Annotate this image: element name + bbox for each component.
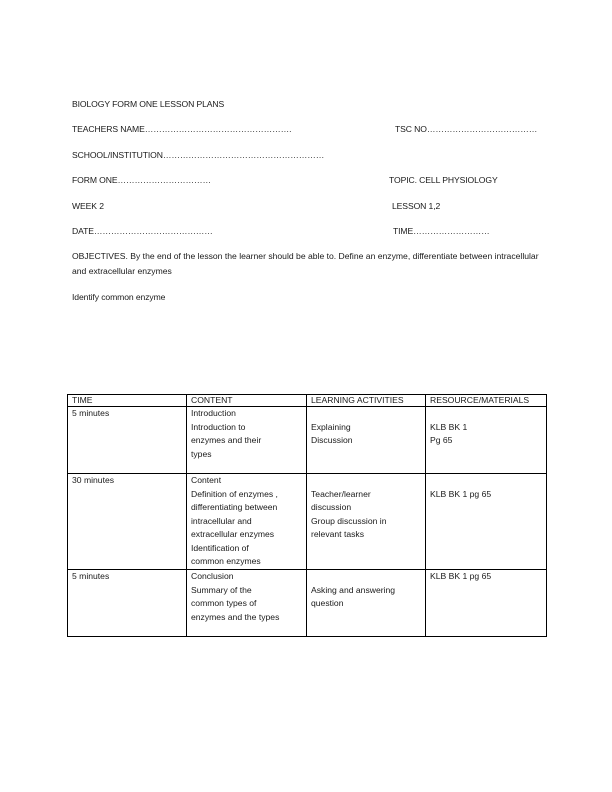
time-cell: 5 minutes: [68, 570, 187, 637]
cell-text-line: [430, 407, 542, 421]
cell-text-line: Asking and answering: [311, 584, 421, 598]
content-cell: ConclusionSummary of thecommon types ofe…: [187, 570, 307, 637]
tsc-no-field: TSC NO…………………………………: [395, 124, 537, 134]
cell-text-line: extracellular enzymes: [191, 528, 302, 542]
cell-text-line: enzymes and the types: [191, 611, 302, 625]
header-content: CONTENT: [187, 395, 307, 407]
cell-text-line: common enzymes: [191, 555, 302, 569]
week-label: WEEK 2: [72, 201, 104, 211]
cell-text-line: Conclusion: [191, 570, 302, 584]
content-cell: ContentDefinition of enzymes ,differenti…: [187, 474, 307, 570]
table-row: 5 minutesConclusionSummary of thecommon …: [68, 570, 547, 637]
cell-text-line: Identification of: [191, 542, 302, 556]
table-header-row: TIME CONTENT LEARNING ACTIVITIES RESOURC…: [68, 395, 547, 407]
form-field: FORM ONE……………………………: [72, 175, 211, 185]
cell-text-line: Group discussion in: [311, 515, 421, 529]
cell-text-line: types: [191, 448, 302, 462]
cell-text-line: discussion: [311, 501, 421, 515]
cell-text-line: enzymes and their: [191, 434, 302, 448]
cell-text-line: common types of: [191, 597, 302, 611]
cell-text-line: [311, 407, 421, 421]
table-row: 30 minutesContentDefinition of enzymes ,…: [68, 474, 547, 570]
cell-text-line: Pg 65: [430, 434, 542, 448]
cell-text-line: [311, 474, 421, 488]
header-learning-activities: LEARNING ACTIVITIES: [307, 395, 426, 407]
table-row: 5 minutesIntroductionIntroduction toenzy…: [68, 407, 547, 474]
time-field: TIME………………………: [393, 226, 490, 236]
lesson-label: LESSON 1,2: [392, 201, 440, 211]
cell-text-line: intracellular and: [191, 515, 302, 529]
date-field: DATE……………………………………: [72, 226, 213, 236]
time-cell: 5 minutes: [68, 407, 187, 474]
cell-text-line: KLB BK 1: [430, 421, 542, 435]
lesson-plan-table: TIME CONTENT LEARNING ACTIVITIES RESOURC…: [67, 394, 547, 637]
resources-cell: KLB BK 1 pg 65: [426, 570, 547, 637]
cell-text-line: KLB BK 1 pg 65: [430, 570, 542, 584]
cell-text-line: [311, 570, 421, 584]
activities-cell: Teacher/learnerdiscussionGroup discussio…: [307, 474, 426, 570]
objectives-text: OBJECTIVES. By the end of the lesson the…: [72, 249, 542, 279]
cell-text-line: 30 minutes: [72, 474, 182, 488]
cell-text-line: question: [311, 597, 421, 611]
cell-text-line: 5 minutes: [72, 407, 182, 421]
cell-text-line: [430, 474, 542, 488]
time-cell: 30 minutes: [68, 474, 187, 570]
objectives-extra: Identify common enzyme: [72, 292, 165, 302]
cell-text-line: Content: [191, 474, 302, 488]
cell-text-line: differentiating between: [191, 501, 302, 515]
header-time: TIME: [68, 395, 187, 407]
header-resources: RESOURCE/MATERIALS: [426, 395, 547, 407]
cell-text-line: 5 minutes: [72, 570, 182, 584]
activities-cell: Asking and answeringquestion: [307, 570, 426, 637]
topic-label: TOPIC. CELL PHYSIOLOGY: [389, 175, 498, 185]
cell-text-line: Introduction: [191, 407, 302, 421]
document-title: BIOLOGY FORM ONE LESSON PLANS: [72, 99, 224, 109]
teachers-name-field: TEACHERS NAME…………………………………………….: [72, 124, 291, 134]
cell-text-line: relevant tasks: [311, 528, 421, 542]
cell-text-line: Summary of the: [191, 584, 302, 598]
cell-text-line: Discussion: [311, 434, 421, 448]
cell-text-line: Teacher/learner: [311, 488, 421, 502]
cell-text-line: Definition of enzymes ,: [191, 488, 302, 502]
cell-text-line: Introduction to: [191, 421, 302, 435]
resources-cell: KLB BK 1 pg 65: [426, 474, 547, 570]
cell-text-line: KLB BK 1 pg 65: [430, 488, 542, 502]
content-cell: IntroductionIntroduction toenzymes and t…: [187, 407, 307, 474]
cell-text-line: Explaining: [311, 421, 421, 435]
activities-cell: ExplainingDiscussion: [307, 407, 426, 474]
school-field: SCHOOL/INSTITUTION…………………………………………………: [72, 150, 324, 160]
resources-cell: KLB BK 1Pg 65: [426, 407, 547, 474]
